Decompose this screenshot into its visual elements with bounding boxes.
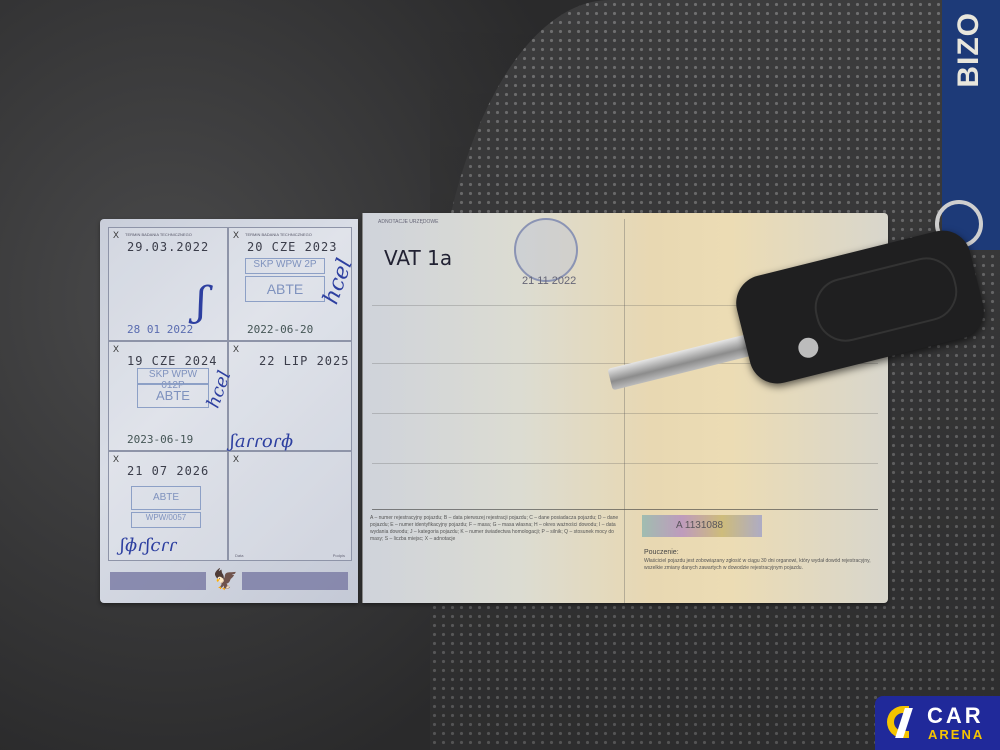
inspection-mark: X — [113, 230, 119, 240]
station-code: ABTE — [137, 384, 209, 408]
notice-text: Właściciel pojazdu jest zobowiązany zgło… — [644, 558, 884, 572]
official-seal — [514, 218, 578, 282]
inspection-page: X TERMIN BADANIA TECHNICZNEGO 29.03.2022… — [100, 219, 358, 603]
inspection-cell: X Data Podpis — [228, 451, 352, 561]
key-blade — [607, 333, 758, 391]
release-button-icon — [796, 336, 820, 360]
handwritten-note: VAT 1a — [384, 246, 452, 270]
cell-header: TERMIN BADANIA TECHNICZNEGO — [125, 232, 192, 237]
station-stamp: SKP WPW 012P — [137, 368, 209, 384]
eagle-emblem-icon: 🦅 — [213, 567, 238, 592]
field-legend: A – numer rejestracyjny pojazdu; B – dat… — [370, 515, 620, 543]
hologram-number: A 1131088 — [676, 520, 723, 531]
inspection-mark: X — [233, 344, 239, 354]
inspection-date: 20 CZE 2023 — [247, 240, 337, 254]
station-stamp: WPW/0057 — [131, 512, 201, 528]
inspection-date: 29.03.2022 — [127, 240, 209, 254]
notice-title: Pouczenie: — [644, 549, 679, 556]
divider — [372, 509, 878, 510]
stamp-date: 2022-06-20 — [247, 323, 313, 336]
inspection-cell: X TERMIN BADANIA TECHNICZNEGO 29.03.2022… — [108, 227, 228, 341]
logo-text-car: CAR — [927, 703, 984, 729]
signature: ʃɸɾʃcɾɾ — [120, 535, 177, 556]
section-label: ADNOTACJE URZĘDOWE — [378, 219, 438, 225]
signature-label: Podpis — [333, 553, 345, 558]
stamp-date: 2023-06-19 — [127, 433, 193, 446]
date-label: Data — [235, 553, 243, 558]
station-stamp: SKP WPW 2P — [245, 258, 325, 274]
lanyard-text: BIZO — [952, 12, 986, 88]
security-band — [110, 572, 206, 590]
inspection-mark: X — [233, 454, 239, 464]
stamp-date: 28 01 2022 — [127, 323, 193, 336]
seal-date: 21 11 2022 — [522, 275, 576, 287]
divider — [372, 463, 878, 464]
document-fold — [362, 213, 363, 603]
logo-text-arena: ARENA — [928, 727, 984, 742]
inspection-mark: X — [233, 230, 239, 240]
signature: ʃaɾɾoɾɸ — [230, 431, 293, 452]
signature: ʃ — [196, 279, 207, 325]
hologram-sticker: A 1131088 — [642, 515, 762, 537]
station-code: ABTE — [245, 276, 325, 302]
inspection-date: 21 07 2026 — [127, 464, 209, 478]
key-buttons — [808, 251, 963, 348]
station-code: ABTE — [131, 486, 201, 510]
inspection-mark: X — [113, 454, 119, 464]
inspection-mark: X — [113, 344, 119, 354]
security-band — [242, 572, 348, 590]
car-arena-watermark: CAR ARENA — [875, 696, 1000, 750]
inspection-date: 22 LIP 2025 — [259, 354, 349, 368]
inspection-date: 19 CZE 2024 — [127, 354, 217, 368]
cell-header: TERMIN BADANIA TECHNICZNEGO — [245, 232, 312, 237]
